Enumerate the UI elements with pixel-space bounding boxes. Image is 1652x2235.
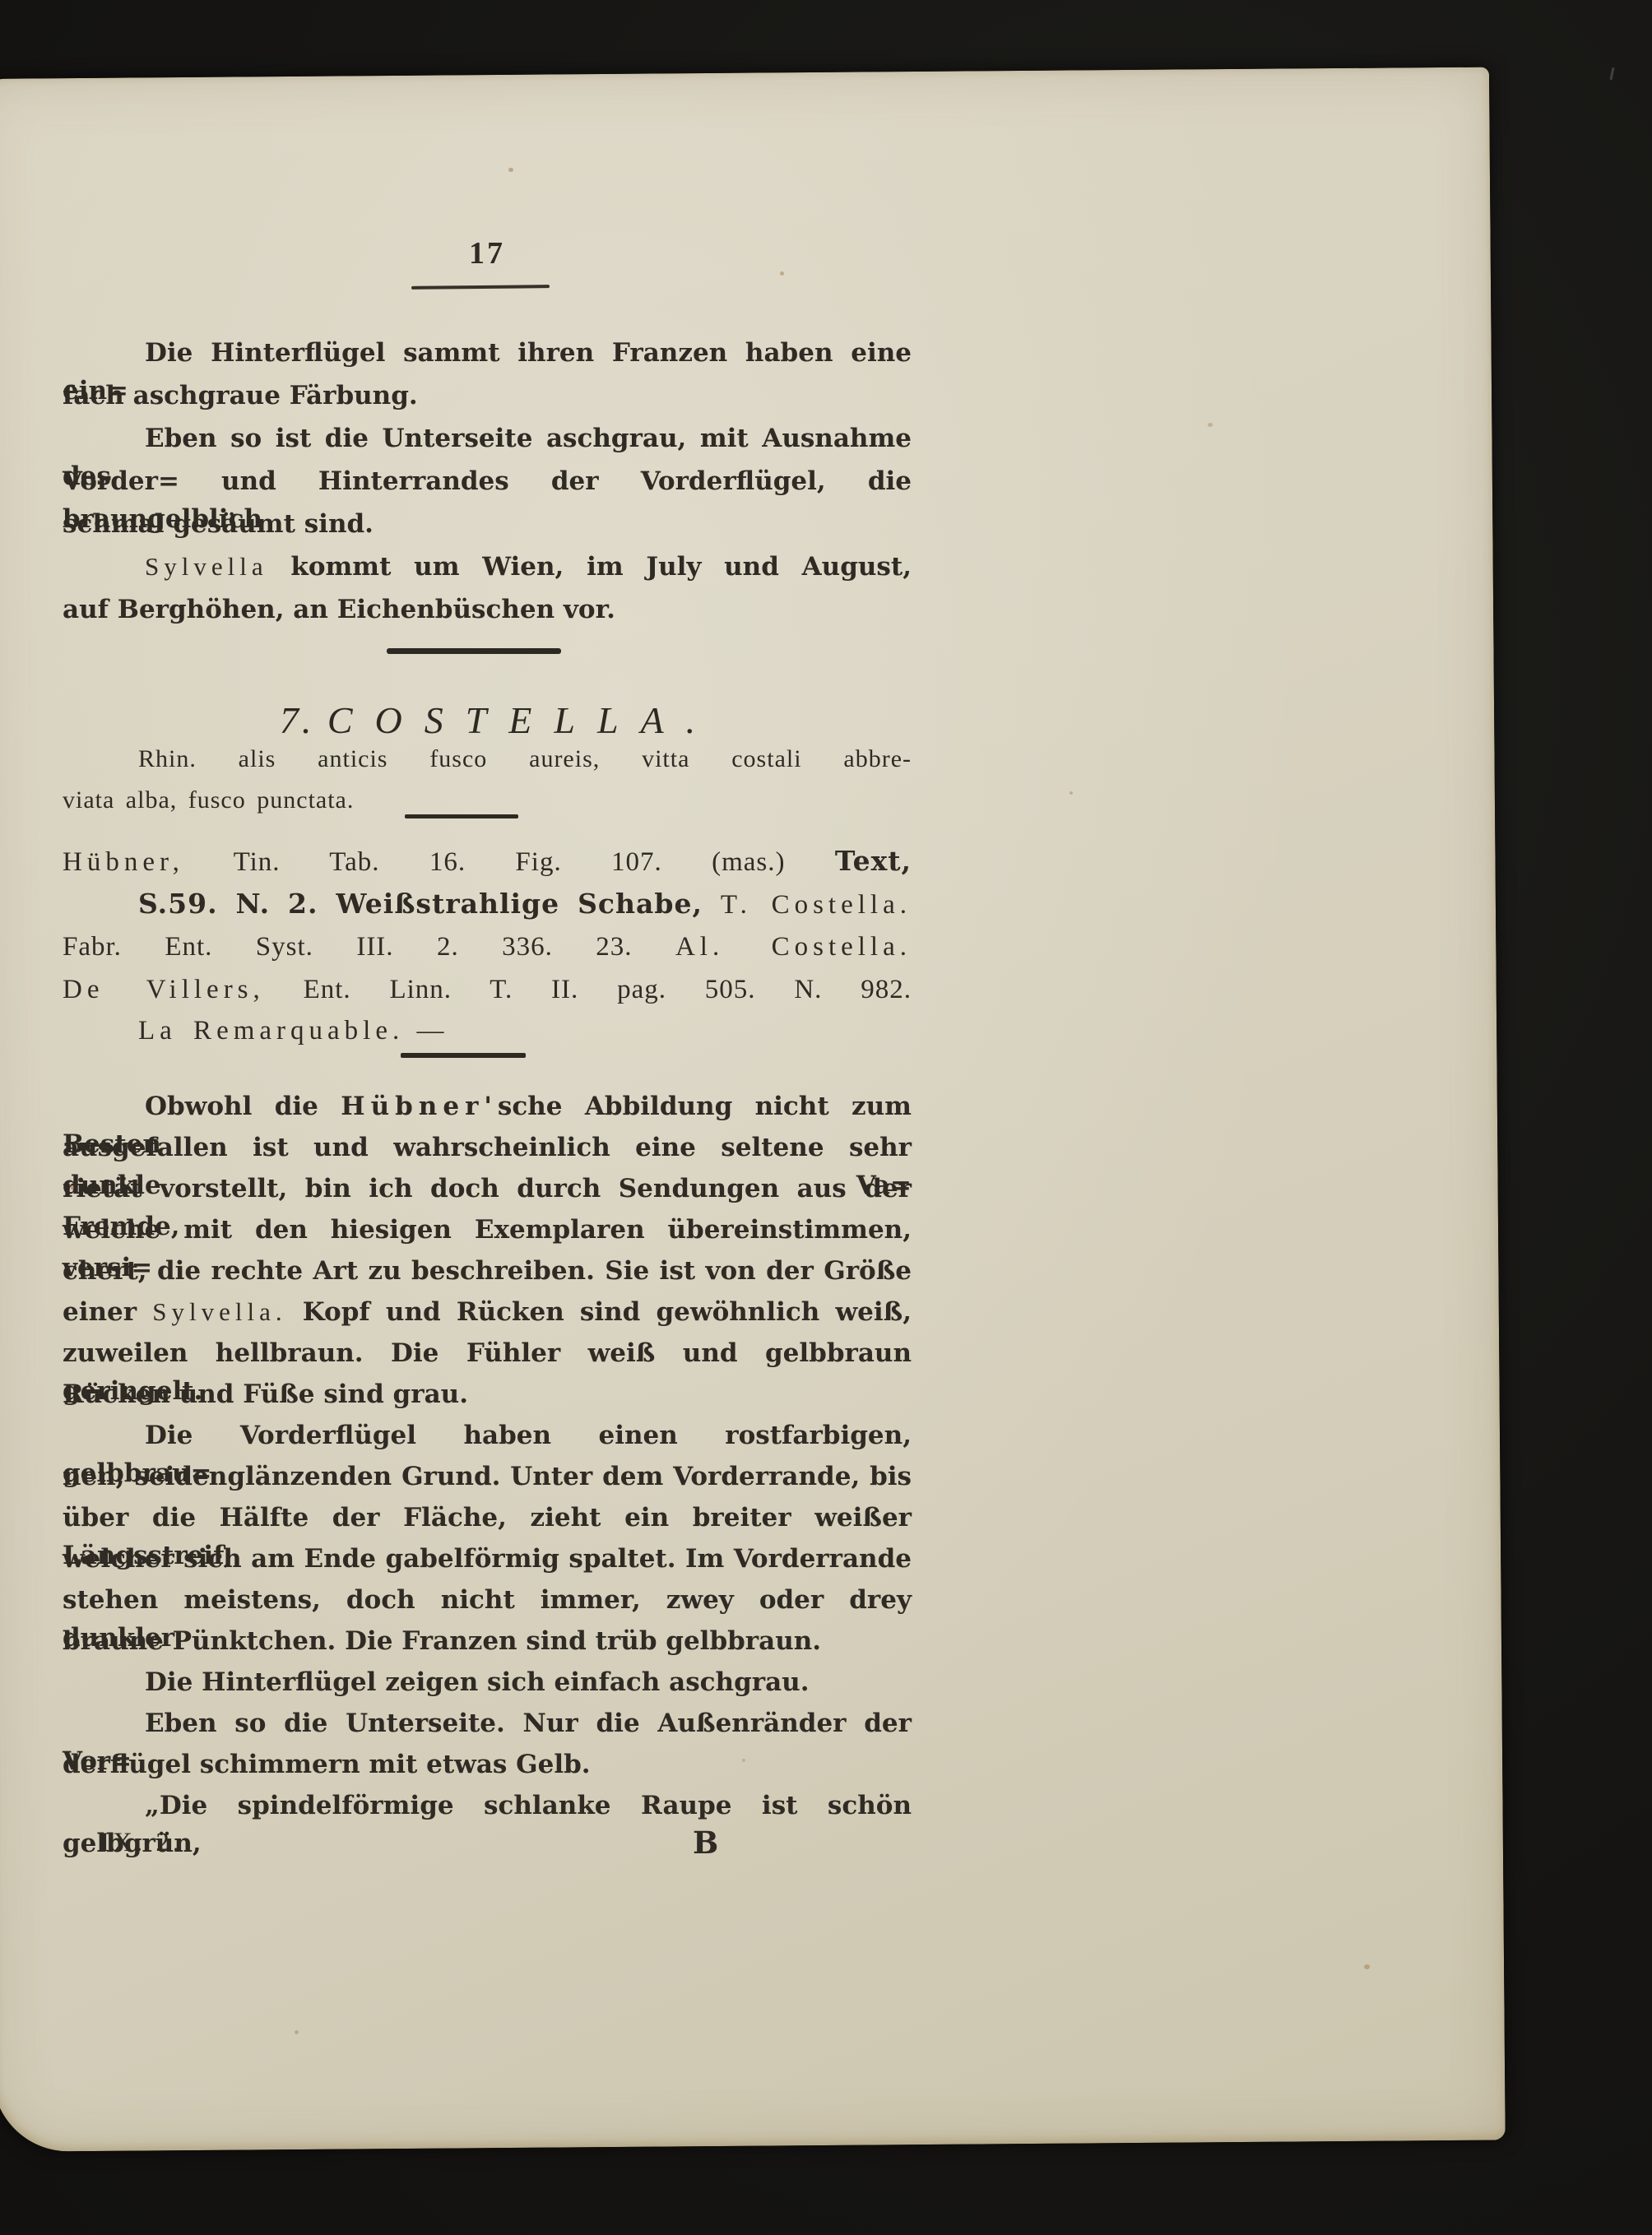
body-text-line: braune Pünktchen. Die Franzen sind trüb …	[63, 1622, 912, 1660]
body-text-line: Die Hinterflügel zeigen sich einfach asc…	[63, 1663, 912, 1701]
text-segment: einer	[63, 1297, 152, 1327]
text-segment: derflügel schimmern mit etwas Gelb.	[63, 1750, 591, 1779]
text-segment: chert, die rechte Art zu beschreiben. Si…	[63, 1256, 912, 1286]
page-content: 17 Die Hinterflügel sammt ihren Franzen …	[0, 0, 1652, 2235]
scanned-book-spread: 17 Die Hinterflügel sammt ihren Franzen …	[0, 0, 1652, 2235]
text-segment: COSTELLA.	[327, 699, 717, 741]
body-text-line: auf Berghöhen, an Eichenbüschen vor.	[63, 591, 912, 628]
text-segment: —	[404, 1016, 444, 1046]
text-segment: Tin. Tab. 16. Fig. 107. (mas.)	[184, 847, 835, 877]
text-segment: Rücken und Füße sind grau.	[63, 1379, 468, 1409]
text-segment: schmal gesäumt sind.	[63, 509, 374, 539]
text-segment: 7.	[280, 699, 327, 741]
text-segment: Hübner'	[341, 1092, 498, 1121]
page-number-rule	[411, 285, 550, 290]
reference-divider-rule	[401, 1053, 526, 1058]
body-text-line: schmal gesäumt sind.	[63, 505, 912, 543]
body-text-line: fach aschgraue Färbung.	[63, 377, 912, 415]
body-text-line: nen, seidenglänzenden Grund. Unter dem V…	[63, 1458, 912, 1495]
text-segment: Die Hinterflügel zeigen sich einfach asc…	[145, 1667, 810, 1697]
text-segment: Text,	[835, 845, 912, 877]
catchword: B	[693, 1825, 718, 1861]
text-segment: T. Costella.	[721, 890, 912, 920]
reference-line: Hübner, Tin. Tab. 16. Fig. 107. (mas.) T…	[63, 842, 912, 881]
reference-line: S.59. N. 2. Weißstrahlige Schabe, T. Cos…	[63, 885, 912, 924]
text-segment: Obwohl die	[145, 1092, 341, 1121]
section-divider-rule	[387, 648, 561, 654]
body-text-line: derflügel schimmern mit etwas Gelb.	[63, 1746, 912, 1783]
reference-line: Fabr. Ent. Syst. III. 2. 336. 23. Al. Co…	[63, 928, 912, 966]
text-segment: La Remarquable.	[138, 1016, 404, 1046]
text-segment: nen, seidenglänzenden Grund. Unter dem V…	[63, 1462, 912, 1491]
page-number: 17	[63, 235, 912, 271]
body-text-line: chert, die rechte Art zu beschreiben. Si…	[63, 1252, 912, 1290]
text-segment: „Die spindelförmige schlanke Raupe ist s…	[63, 1791, 912, 1858]
text-segment: viata alba, fusco punctata.	[63, 786, 354, 814]
body-text-line: Sylvella kommt um Wien, im July und Augu…	[63, 548, 912, 586]
text-segment: S.59. N. 2. Weißstrahlige Schabe,	[138, 888, 721, 920]
reference-divider-rule	[405, 814, 518, 818]
text-segment: welcher sich am Ende gabelförmig spaltet…	[63, 1544, 912, 1574]
text-segment: Fabr. Ent. Syst. III. 2. 336. 23.	[63, 932, 675, 962]
text-segment: De Villers,	[63, 975, 265, 1004]
body-text-line: „Die spindelförmige schlanke Raupe ist s…	[63, 1787, 912, 1862]
text-segment: Sylvella	[145, 552, 268, 581]
body-text-line: Rücken und Füße sind grau.	[63, 1375, 912, 1413]
text-segment: Ent. Linn. T. II. pag. 505. N. 982.	[265, 975, 912, 1004]
text-segment: Hübner,	[63, 847, 184, 877]
text-segment: Sylvella.	[152, 1297, 286, 1326]
text-segment: kommt um Wien, im July und August,	[268, 552, 912, 582]
text-segment: fach aschgraue Färbung.	[63, 381, 418, 410]
species-heading: 7. COSTELLA.	[74, 698, 923, 742]
text-segment: auf Berghöhen, an Eichenbüschen vor.	[63, 595, 615, 624]
signature-mark: IX. 2.	[100, 1828, 183, 1858]
text-segment: Kopf und Rücken sind gewöhnlich weiß,	[287, 1297, 912, 1327]
body-text-line: einer Sylvella. Kopf und Rücken sind gew…	[63, 1293, 912, 1331]
body-text-line: welcher sich am Ende gabelförmig spaltet…	[63, 1540, 912, 1578]
reference-line: De Villers, Ent. Linn. T. II. pag. 505. …	[63, 971, 912, 1009]
latin-diagnosis-line: Rhin. alis anticis fusco aureis, vitta c…	[63, 740, 912, 778]
text-segment: braune Pünktchen. Die Franzen sind trüb …	[63, 1626, 821, 1656]
reference-line: La Remarquable. —	[63, 1012, 912, 1050]
text-segment: Al. Costella.	[675, 932, 912, 962]
text-segment: Rhin. alis anticis fusco aureis, vitta c…	[138, 745, 912, 772]
